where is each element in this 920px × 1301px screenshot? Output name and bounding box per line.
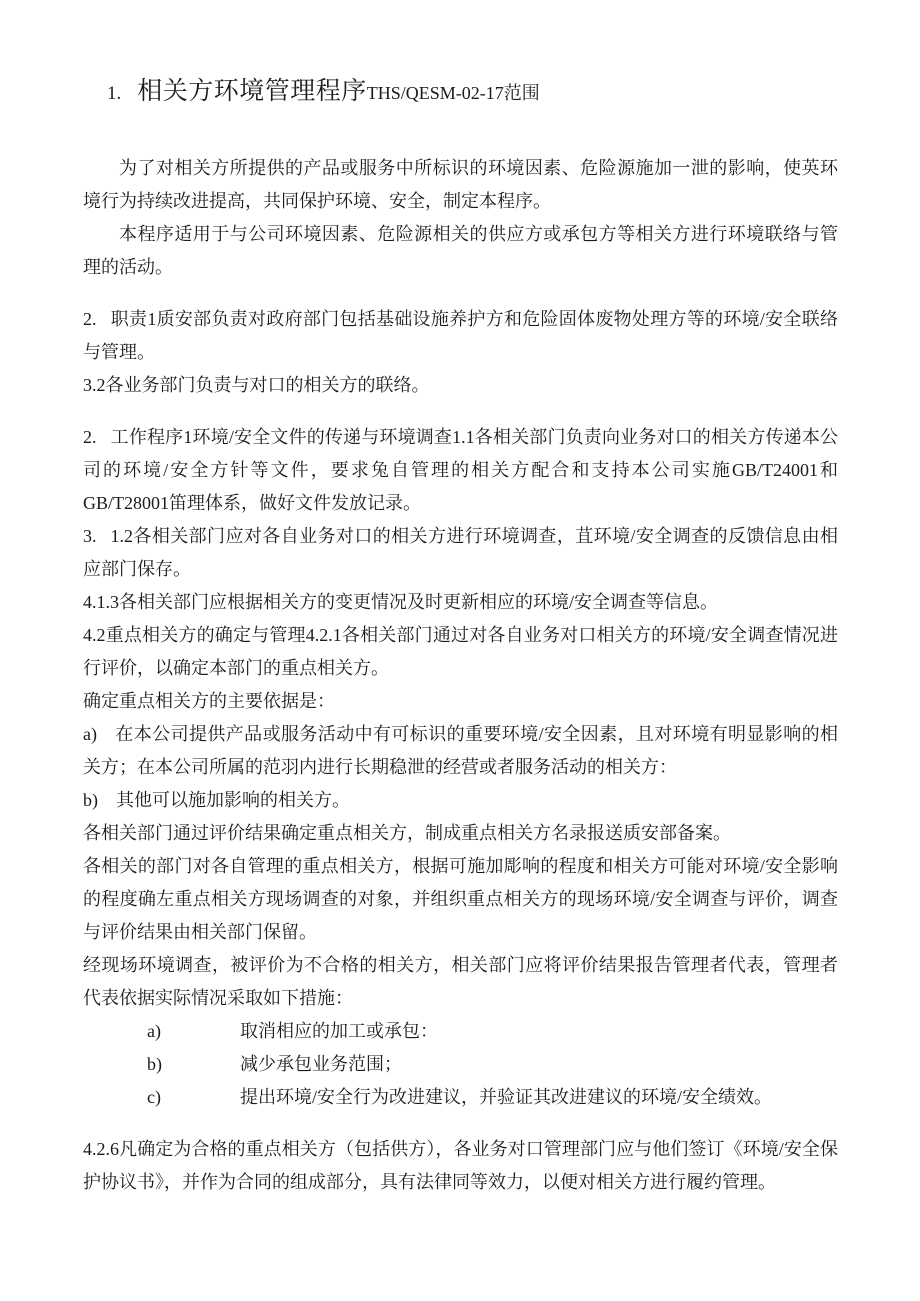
document-heading: 1.相关方环境管理程序THS/QESM-02-17范围 (107, 72, 838, 110)
list-letter: a) (83, 724, 115, 744)
paragraph-3-2: 3.2各业务部门负责与对口的相关方的联络。 (83, 369, 838, 402)
paragraph-text: 减少承包业务范围； (240, 1054, 402, 1074)
paragraph-4-1-3: 4.1.3各相关部门应根据相关方的变更情况及时更新相应的环境/安全调查等信息。 (83, 586, 838, 619)
list-letter: b) (147, 1048, 240, 1081)
list-number: 2. (83, 309, 111, 329)
paragraph-purpose: 为了对相关方所提供的产品或服务中所标识的环境因素、危险源施加一泄的影响，使英环境… (83, 152, 838, 218)
measure-item-c: c)提出环境/安全行为改进建议，并验证其改进建议的环境/安全绩效。 (147, 1081, 838, 1114)
paragraph-text: 提出环境/安全行为改进建议，并验证其改进建议的环境/安全绩效。 (240, 1087, 772, 1107)
list-letter: c) (147, 1081, 240, 1114)
paragraph-text: 在本公司提供产品或服务活动中有可标识的重要环境/安全因素，且对环境有明显影响的相… (83, 724, 838, 777)
paragraph-onsite: 各相关的部门对各自管理的重点相关方，根据可施加彫响的程度和相关方可能对环境/安全… (83, 850, 838, 949)
paragraph-text: 其他可以施加影响的相关方。 (116, 790, 350, 810)
list-letter: a) (147, 1015, 240, 1048)
page-title: 相关方环境管理程序 (137, 78, 367, 105)
paragraph-4-2: 4.2重点相关方的确定与管理4.2.1各相关部门通过对各自业务对口相关方的环境/… (83, 619, 838, 685)
paragraph-criteria-intro: 确定重点相关方的主要依据是： (83, 685, 838, 718)
paragraph-responsibility: 2.职责1质安部负责对政府部门包括基础设施养护方和危险固体废物处理方等的环境/安… (83, 303, 838, 369)
list-letter: b) (83, 790, 116, 810)
heading-number: 1. (107, 83, 137, 104)
paragraph-4-2-6: 4.2.6凡确定为合格的重点相关方（包括供方），各业务对口管理部门应与他们签订《… (83, 1133, 838, 1199)
paragraph-record: 各相关部门通过评价结果确定重点相关方，制成重点相关方名录报送质安部备案。 (83, 817, 838, 850)
measure-item-a: a)取消相应的加工或承包： (147, 1015, 838, 1048)
paragraph-measures-intro: 经现场环境调查，被评价为不合格的相关方，相关部门应将评价结果报告管理者代表，管理… (83, 949, 838, 1015)
paragraph-text: 1.2各相关部门应对各自业务对口的相关方进行环境调查，苴环境/安全调查的反馈信息… (83, 526, 838, 579)
paragraph-text: 工作程序1环境/安全文件的传递与环境调查1.1各相关部门负责向业务对口的相关方传… (83, 427, 838, 513)
paragraph-survey: 3.1.2各相关部门应对各自业务对口的相关方进行环境调查，苴环境/安全调查的反馈… (83, 520, 838, 586)
measure-item-b: b)减少承包业务范围； (147, 1048, 838, 1081)
paragraph-text: 职责1质安部负责对政府部门包括基础设施养护方和危险固体废物处理方等的环境/安全联… (83, 309, 838, 362)
list-number: 3. (83, 526, 111, 546)
document-page: 1.相关方环境管理程序THS/QESM-02-17范围 为了对相关方所提供的产品… (0, 0, 920, 1301)
heading-doc-code: THS/QESM-02-17范围 (367, 83, 540, 103)
paragraph-work-procedure: 2.工作程序1环境/安全文件的传递与环境调查1.1各相关部门负责向业务对口的相关… (83, 421, 838, 520)
paragraph-text: 取消相应的加工或承包： (240, 1021, 438, 1041)
list-item-a: a)在本公司提供产品或服务活动中有可标识的重要环境/安全因素，且对环境有明显影响… (83, 718, 838, 784)
list-item-b: b)其他可以施加影响的相关方。 (83, 784, 838, 817)
paragraph-scope: 本程序适用于与公司环境因素、危险源相关的供应方或承包方等相关方进行环境联络与管理… (83, 218, 838, 284)
list-number: 2. (83, 427, 111, 447)
